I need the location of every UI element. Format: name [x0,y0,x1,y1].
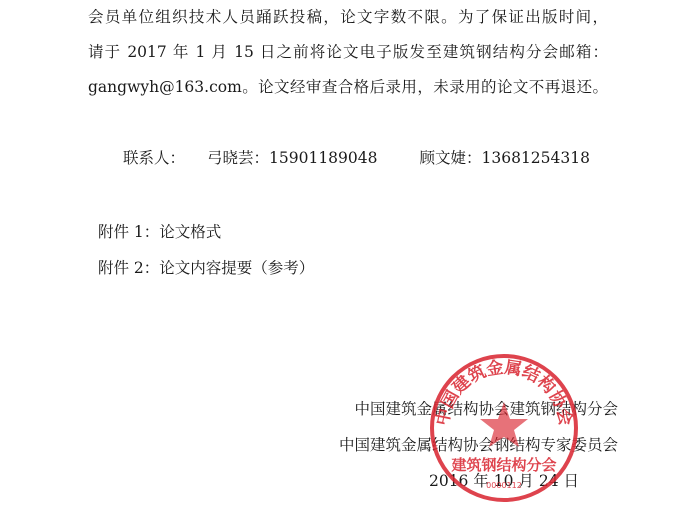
body-paragraph-line-2: 请于 2017 年 1 月 15 日之前将论文电子版发至建筑钢结构分会邮箱： [88,42,608,62]
contact-line: 联系人：弓晓芸：15901189048顾文婕：13681254318 [123,148,590,168]
attachment-2: 附件 2：论文内容提要（参考） [98,258,314,278]
contact-person-2: 顾文婕：13681254318 [420,148,590,168]
signature-org-2: 中国建筑金属结构协会钢结构专家委员会 [339,435,618,455]
signature-org-1: 中国建筑金属结构协会建筑钢结构分会 [354,399,618,419]
contact-label: 联系人： [123,148,185,168]
contact-person-1: 弓晓芸：15901189048 [207,148,377,168]
body-paragraph-line-1: 会员单位组织技术人员踊跃投稿，论文字数不限。为了保证出版时间， [88,7,608,27]
body-paragraph-line-3: gangwyh@163.com。论文经审查合格后录用，未录用的论文不再退还。 [88,77,608,97]
signature-date: 2016 年 10 月 24 日 [429,471,579,491]
attachment-1: 附件 1：论文格式 [98,222,221,242]
